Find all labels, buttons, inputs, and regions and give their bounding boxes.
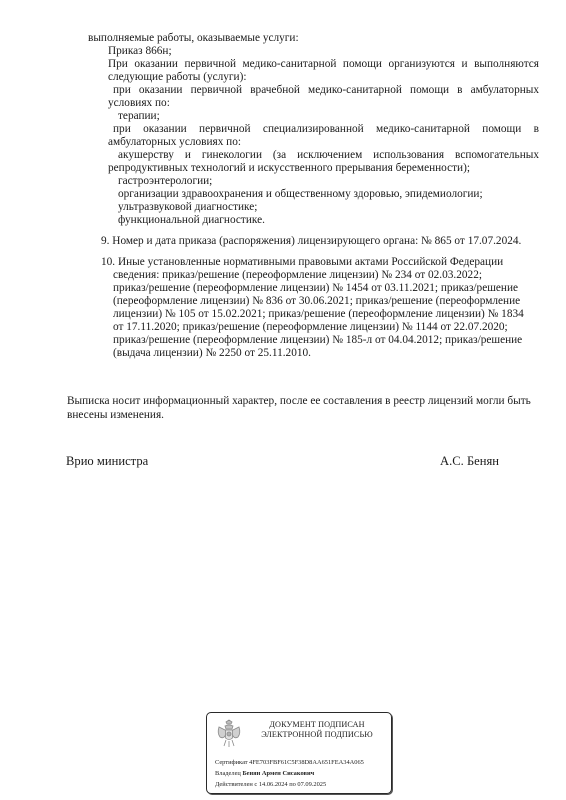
doctor-care-text-line2: условиях по: [108,97,170,110]
owner-label: Владелец [215,770,241,777]
item-10-line: (переоформление лицензии) № 836 от 30.06… [113,295,520,308]
disclaimer-line2: внесены изменения. [67,409,164,422]
specialized-care-text-line1: при оказании первичной специализированно… [113,123,539,136]
owner-value: Бенян Армен Сисакович [242,770,314,777]
stamp-title: ДОКУМЕНТ ПОДПИСАН ЭЛЕКТРОННОЙ ПОДПИСЬЮ [247,720,387,740]
certificate-value: 4FE703FBF61C5F38D8AA651FEA34A065 [249,759,364,766]
item-10-line: от 17.11.2020; приказ/решение (переоформ… [113,321,508,334]
certificate-label: Сертификат [215,759,248,766]
stamp-title-line2: ЭЛЕКТРОННОЙ ПОДПИСЬЮ [247,730,387,740]
item-10-line: (выдача лицензии) № 2250 от 25.11.2010. [113,347,311,360]
disclaimer-line1: Выписка носит информационный характер, п… [67,395,531,408]
specialized-item-obstetrics-line1: акушерству и гинекологии (за исключением… [118,149,539,162]
item-10-line: 10. Иные установленные нормативными прав… [101,256,503,269]
specialized-item-obstetrics-line2: репродуктивных технологий и искусственно… [108,162,470,175]
item-10-line: сведения: приказ/решение (переоформление… [113,269,482,282]
e-signature-stamp: ДОКУМЕНТ ПОДПИСАН ЭЛЕКТРОННОЙ ПОДПИСЬЮ С… [206,712,392,794]
stamp-validity: Действителен с 14.06.2024 по 07.09.2025 [215,781,326,789]
signatory-name: А.С. Бенян [440,455,499,468]
item-10-line: лицензии) № 105 от 15.02.2021; приказ/ре… [113,308,524,321]
specialized-item: ультразвуковой диагностике; [118,201,257,214]
specialized-care-text-line2: амбулаторных условиях по: [108,136,241,149]
item-10-line: приказ/решение (переоформление лицензии)… [113,334,522,347]
item-9-order-number: 9. Номер и дата приказа (распоряжения) л… [101,235,521,248]
document-page: выполняемые работы, оказываемые услуги: … [0,0,566,800]
stamp-certificate: Сертификат 4FE703FBF61C5F38D8AA651FEA34A… [215,759,364,767]
order-reference: Приказ 866н; [108,45,172,58]
signatory-position: Врио министра [66,455,148,468]
specialized-item: гастроэнтерологии; [118,175,212,188]
item-10-line: приказ/решение (переоформление лицензии)… [113,282,518,295]
primary-care-text-line1: При оказании первичной медико-санитарной… [108,58,539,71]
specialized-item: организации здравоохранения и общественн… [118,188,483,201]
stamp-owner: Владелец Бенян Армен Сисакович [215,770,314,778]
services-intro: выполняемые работы, оказываемые услуги: [88,32,299,45]
doctor-care-item: терапии; [118,110,160,123]
russian-coat-of-arms-icon [215,719,243,749]
doctor-care-text-line1: при оказании первичной врачебной медико-… [113,84,539,97]
primary-care-text-line2: следующие работы (услуги): [108,71,247,84]
stamp-title-line1: ДОКУМЕНТ ПОДПИСАН [247,720,387,730]
specialized-item: функциональной диагностике. [118,214,265,227]
